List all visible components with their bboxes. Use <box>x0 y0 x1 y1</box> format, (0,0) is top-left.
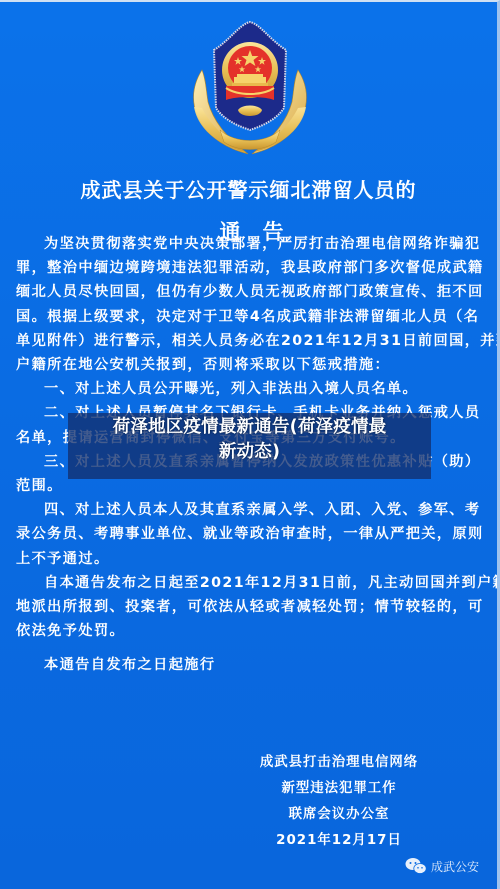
leniency-line: 地派出所报到、投案者，可依法从轻或者减轻处罚；情节较轻的，可 <box>16 595 486 619</box>
measure-item-1: 一、对上述人员公开曝光，列入非法出入境人员名单。 <box>16 377 486 401</box>
notice-poster: 成武县关于公开警示缅北滞留人员的 通告 为坚决贯彻落实党中央决策部署，严厉打击治… <box>0 0 500 889</box>
intro-line: 单见附件）进行警示，相关人员务必在2021年12月31日前回国，并到 <box>16 329 486 353</box>
notice-title: 成武县关于公开警示缅北滞留人员的 <box>0 174 497 203</box>
effective-statement: 本通告自发布之日起施行 <box>16 653 486 677</box>
measure-item-4-cont: 录公务员、考聘事业单位、就业等政治审查时，一律从严把关，原则 <box>16 522 486 546</box>
signature-org-line2: 新型违法犯罪工作 <box>239 776 439 802</box>
caption-line-1: 荷泽地区疫情最新通告(荷泽疫情最 <box>68 415 431 440</box>
police-emblem-icon <box>180 12 320 157</box>
signature-org-line3: 联席会议办公室 <box>239 802 439 828</box>
wechat-account-name: 成武公安 <box>431 858 479 875</box>
caption-line-2: 新动态) <box>68 440 431 465</box>
caption-overlay-title: 荷泽地区疫情最新通告(荷泽疫情最 新动态) <box>68 415 431 465</box>
intro-line: 为坚决贯彻落实党中央决策部署，严厉打击治理电信网络诈骗犯 <box>16 232 486 256</box>
signature-org-line1: 成武县打击治理电信网络 <box>239 750 439 776</box>
intro-line: 户籍所在地公安机关报到，否则将采取以下惩戒措施： <box>16 353 486 377</box>
intro-line: 罪，整治中缅边境跨境违法犯罪活动，我县政府部门多次督促成武籍 <box>16 256 486 280</box>
intro-line: 国。根据上级要求，决定对于卫等4名成武籍非法滞留缅北人员（名 <box>16 305 486 329</box>
signature-block: 成武县打击治理电信网络 新型违法犯罪工作 联席会议办公室 2021年12月17日 <box>239 750 439 854</box>
wechat-icon <box>405 857 427 875</box>
wechat-watermark: 成武公安 <box>405 857 479 875</box>
intro-line: 缅北人员尽快回国，但仍有少数人员无视政府部门政策宣传、拒不回 <box>16 280 486 304</box>
leniency-line: 依法免予处罚。 <box>16 619 486 643</box>
measure-item-4: 四、对上述人员本人及其直系亲属入学、入团、入党、参军、考 <box>16 498 486 522</box>
measure-item-4-cont: 上不予通过。 <box>16 547 486 571</box>
leniency-line: 自本通告发布之日起至2021年12月31日前，凡主动回国并到户籍 <box>16 571 486 595</box>
signature-date: 2021年12月17日 <box>239 828 439 854</box>
